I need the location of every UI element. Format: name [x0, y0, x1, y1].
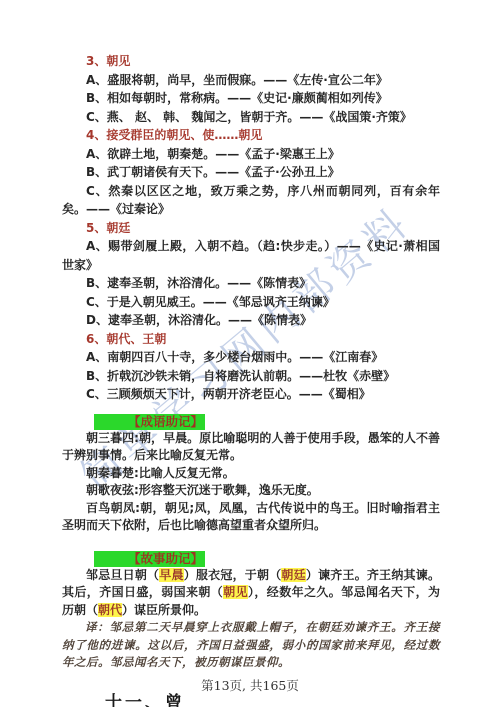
example-item: A、盛服将朝，尚早，坐而假寐。——《左传·宣公二年》	[62, 71, 440, 90]
example-item: D、逮奉圣朝，沐浴清化。——《陈情表》	[62, 311, 440, 330]
idiom-entry: 朝三暮四:朝，早晨。原比喻聪明的人善于使用手段，愚笨的人不善于辨别事情。后来比喻…	[62, 430, 440, 465]
idiom-entry: 百鸟朝凤:朝，朝见;凤，凤凰，古代传说中的鸟王。旧时喻指君主圣明而天下依附，后也…	[62, 500, 440, 535]
idiom-entry: 朝秦暮楚:比喻人反复无常。	[62, 465, 440, 483]
example-item: A、南朝四百八十寺，多少楼台烟雨中。——《江南春》	[62, 348, 440, 367]
story-segment: ）服衣冠，于朝（	[184, 568, 282, 582]
example-item: C、三顾频烦天下计，两朝开济老臣心。——《蜀相》	[62, 385, 440, 404]
section-heading-5: 5、朝廷	[62, 219, 440, 238]
story-badge-line: 【故事助记】	[62, 549, 440, 567]
highlighted-term: 朝代	[98, 603, 122, 617]
example-item: B、武丁朝诸侯有天下。——《孟子·公孙丑上》	[62, 163, 440, 182]
document-page: 3、朝见 A、盛服将朝，尚早，坐而假寐。——《左传·宣公二年》 B、相如每朝时，…	[0, 0, 500, 707]
example-item: B、相如每朝时，常称病。——《史记·廉颇蔺相如列传》	[62, 89, 440, 108]
highlighted-term: 早晨	[159, 568, 183, 582]
example-item: B、逮奉圣朝，沐浴清化。——《陈情表》	[62, 274, 440, 293]
example-item: B、折戟沉沙铁未销，自将磨洗认前朝。——杜牧《赤壁》	[62, 367, 440, 386]
section-heading-4: 4、接受群臣的朝见、使……朝见	[62, 126, 440, 145]
example-item: C、燕、 赵、 韩、 魏闻之，皆朝于齐。——《战国策·齐策》	[62, 108, 440, 127]
example-item: A、欲辟土地，朝秦楚。——《孟子·梁惠王上》	[62, 145, 440, 164]
idiom-badge-line: 【成语助记】	[62, 412, 440, 430]
page-number-footer: 第13页, 共165页	[0, 676, 500, 694]
highlighted-term: 朝廷	[281, 568, 305, 582]
story-segment: 邹忌旦日朝（	[86, 568, 159, 582]
story-paragraph: 邹忌旦日朝（早晨）服衣冠，于朝（朝廷）谏齐王。齐王纳其谏。其后，齐国日盛，弱国来…	[62, 567, 440, 620]
example-item: C、于是入朝见威王。——《邹忌讽齐王纳谏》	[62, 293, 440, 312]
example-item: C、然秦以区区之地，致万乘之势，序八州而朝同列，百有余年矣。——《过秦论》	[62, 182, 440, 219]
section-heading-3: 3、朝见	[62, 52, 440, 71]
section-heading-6: 6、朝代、王朝	[62, 330, 440, 349]
idiom-section-badge: 【成语助记】	[94, 414, 205, 430]
idiom-entry: 朝歌夜弦:形容整天沉迷于歌舞，逸乐无度。	[62, 482, 440, 500]
highlighted-term: 朝见	[223, 585, 248, 599]
story-translation: 译：邹忌第二天早晨穿上衣服戴上帽子，在朝廷劝谏齐王。齐王接纳了他的进谏。这以后，…	[62, 619, 440, 672]
story-segment: ）谋臣所景仰。	[122, 603, 206, 617]
story-section-badge: 【故事助记】	[94, 551, 205, 567]
example-item: A、赐带剑履上殿，入朝不趋。（趋:快步走。）——《史记·萧相国世家》	[62, 237, 440, 274]
